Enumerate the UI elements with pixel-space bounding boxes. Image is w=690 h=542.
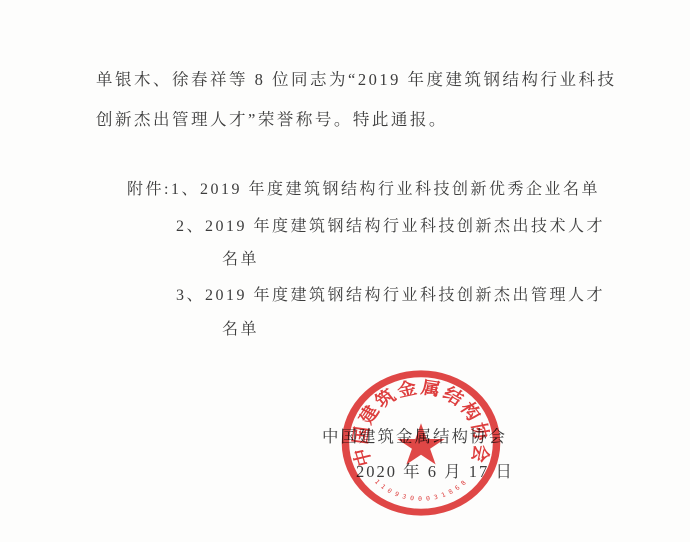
attachment-item-3: 3、2019 年度建筑钢结构行业科技创新杰出管理人才	[176, 288, 605, 304]
body-paragraph-line-1: 单银木、徐春祥等 8 位同志为“2019 年度建筑钢结构行业科技	[96, 72, 616, 89]
attachments-label-line: 附件:1、2019 年度建筑钢结构行业科技创新优秀企业名单	[127, 182, 600, 198]
attachment-item-2-continuation: 名单	[222, 252, 259, 268]
attachment-item-2: 2、2019 年度建筑钢结构行业科技创新杰出技术人才	[176, 219, 605, 235]
seal-serial-number: 1109300031868	[373, 479, 468, 503]
attachment-item-3-continuation: 名单	[222, 322, 259, 338]
body-paragraph-line-2: 创新杰出管理人才”荣誉称号。特此通报。	[96, 112, 448, 129]
seal-star-icon	[397, 423, 444, 464]
official-seal-graphic: 中国建筑金属结构协会 1109300031868	[338, 367, 504, 519]
seal-serial-holder: 1109300031868	[373, 479, 468, 503]
official-seal: 中国建筑金属结构协会 1109300031868	[338, 367, 504, 519]
scanned-document-page: 单银木、徐春祥等 8 位同志为“2019 年度建筑钢结构行业科技 创新杰出管理人…	[0, 0, 690, 542]
